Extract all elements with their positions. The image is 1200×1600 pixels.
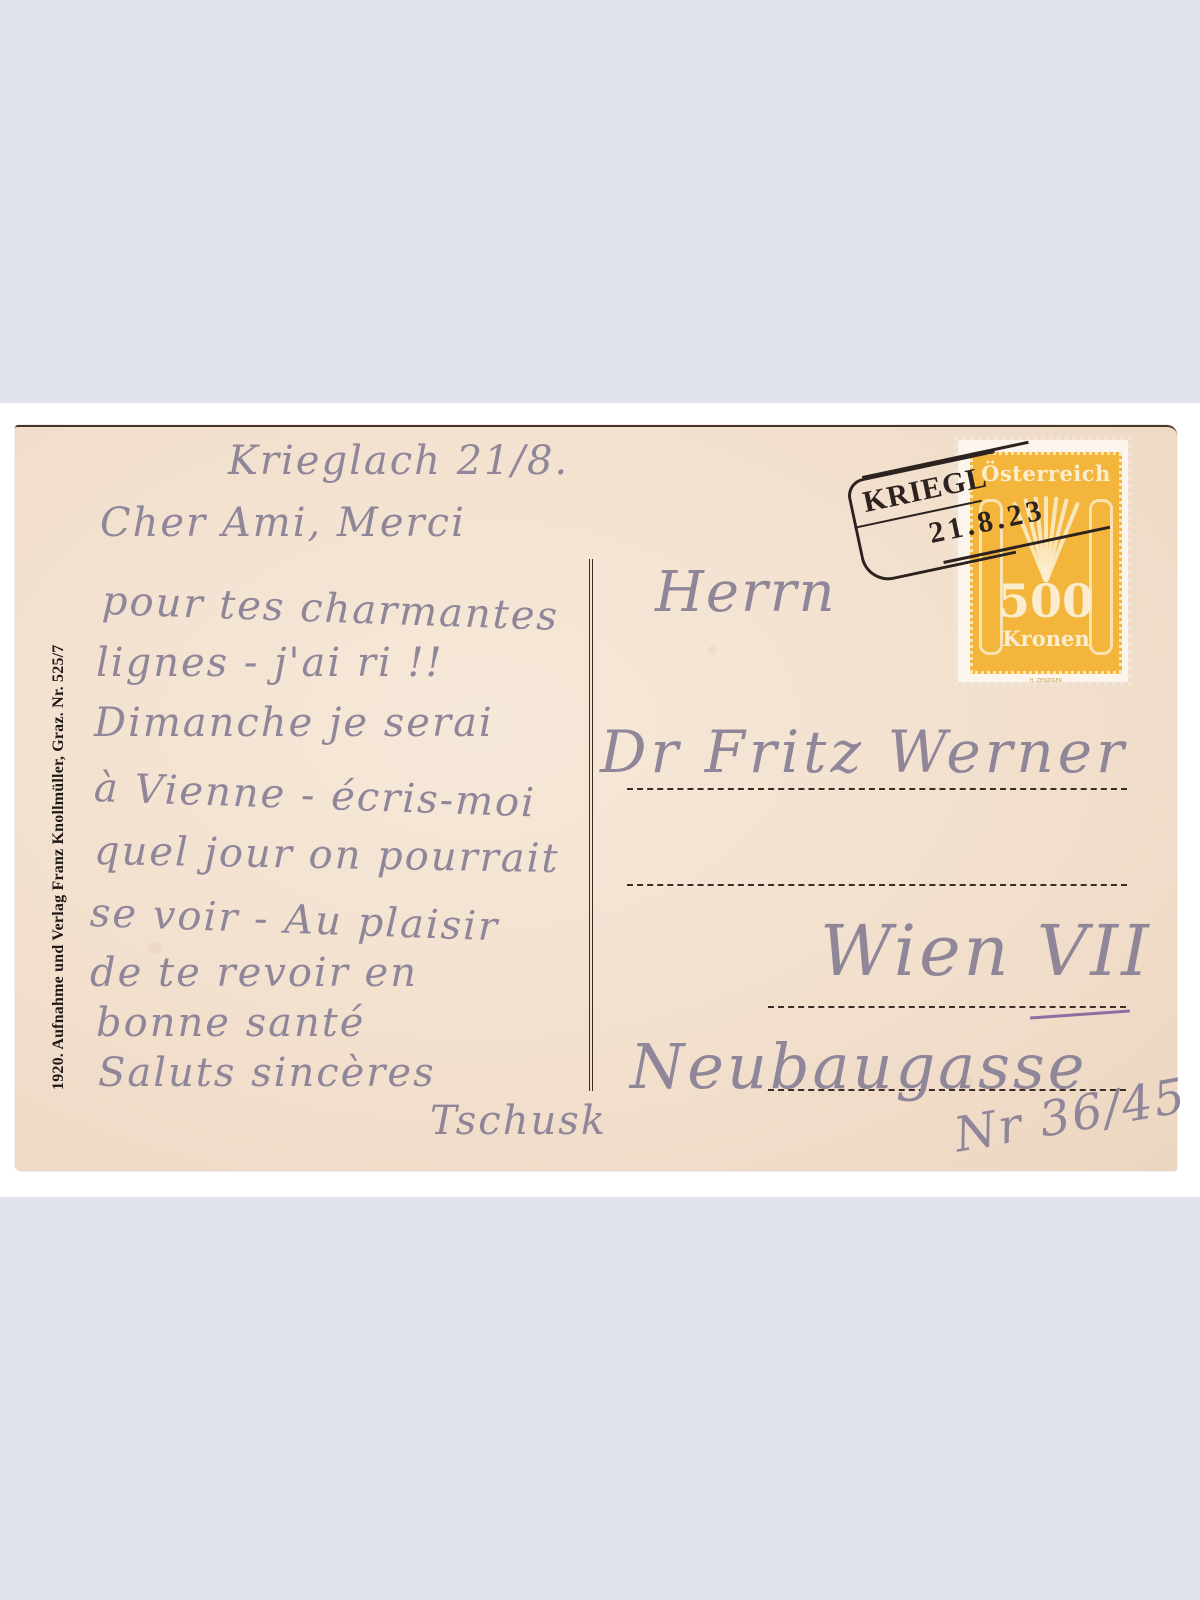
message-line: bonne santé (96, 1000, 365, 1046)
signature: Tschusk (430, 1098, 607, 1144)
stamp-printer-imprint: H. ZENZIGER (970, 678, 1122, 684)
message-line: lignes - j'ai ri !! (96, 640, 444, 686)
address-line (627, 884, 1127, 886)
center-divider (589, 559, 593, 1091)
message-line: de te revoir en (90, 950, 418, 996)
message-line: Dimanche je serai (94, 700, 494, 746)
address-line (768, 1006, 1126, 1008)
stamp-value: 500 (998, 578, 1094, 624)
address-line (627, 788, 1127, 790)
stamp-currency: Kronen (1002, 626, 1089, 651)
address-name: Dr Fritz Werner (600, 718, 1128, 786)
message-line: quel jour on pourrait (94, 828, 560, 882)
address-city: Wien VII (820, 910, 1152, 992)
message-line: Saluts sincères (98, 1050, 436, 1096)
address-salutation: Herrn (655, 560, 837, 625)
place-date: Kriеglach 21/8. (228, 438, 569, 484)
publisher-imprint: 1920. Aufnahme und Verlag Franz Knollmül… (50, 644, 68, 1090)
address-street: Neubaugasse (630, 1030, 1087, 1103)
message-line: Cher Ami, Merci (100, 500, 466, 546)
